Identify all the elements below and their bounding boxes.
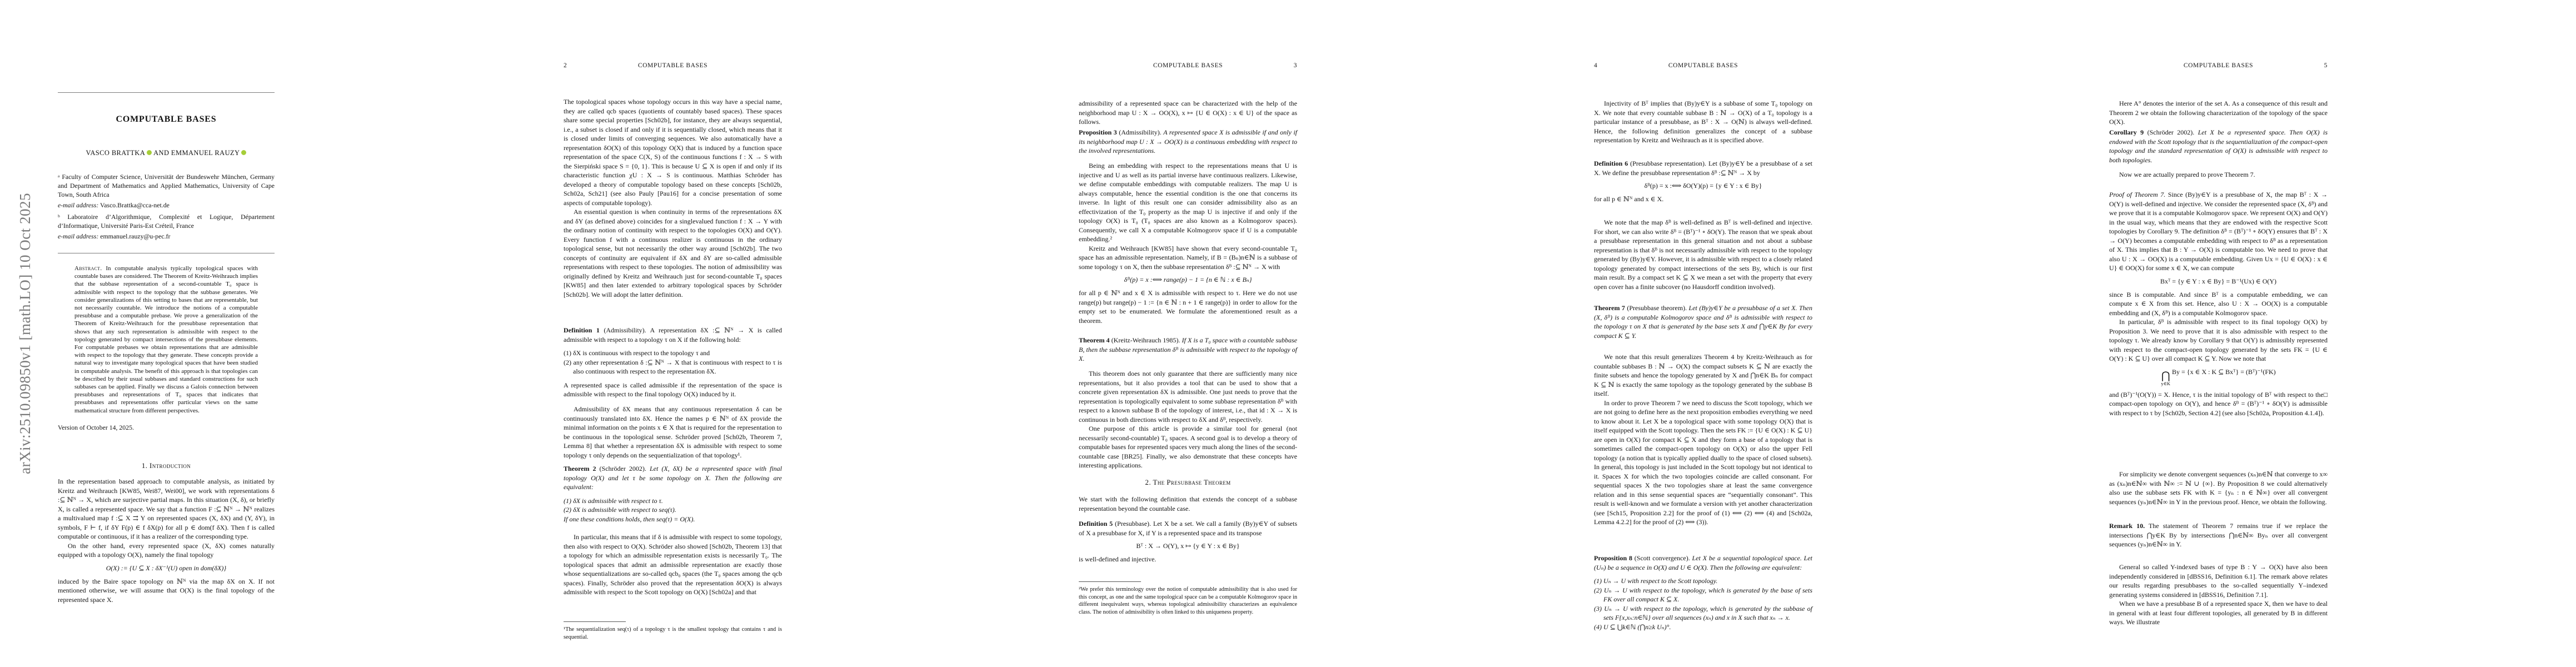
email-address: Vasco.Brattka@cca-net.de [100, 201, 170, 209]
abstract: Abstract. In computable analysis typical… [74, 265, 258, 415]
text-group: In particular, this means that if δ is a… [564, 532, 782, 597]
theorem-7-text: Theorem 7 (Presubbase theorem). Let (By)… [1594, 303, 1812, 340]
text-group: Injectivity of Bᵀ implies that (By)y∈Y i… [1594, 99, 1812, 145]
author-2: EMMANUEL RAUZY [171, 149, 240, 157]
page-3: COMPUTABLE BASES 3 admissibility of a re… [1030, 0, 1546, 667]
paragraph: Injectivity of Bᵀ implies that (By)y∈Y i… [1594, 99, 1812, 145]
proposition-3-text: Proposition 3 (Admissibility). A represe… [1079, 128, 1297, 156]
corollary-label: Corollary 9 [2109, 128, 2144, 136]
email-label: e-mail address: [58, 201, 98, 209]
theorem-label: Theorem 2 [564, 465, 596, 472]
page-number: 3 [1294, 62, 1297, 69]
text-group: We note that this result generalizes The… [1594, 352, 1812, 527]
paragraph-text: and (Bᵀ)⁻¹(O(Y)) = X. Hence, τ is the in… [2109, 391, 2328, 417]
proof-body: Since (By)y∈Y is a presubbase of X, the … [2109, 191, 2328, 272]
definition-5-text: Definition 5 (Presubbase). Let X be a se… [1079, 519, 1297, 537]
list-item: (2) any other representation δ :⊆ ℕᴺ → X… [564, 358, 782, 376]
paragraph: In the representation based approach to … [58, 477, 275, 541]
running-title: COMPUTABLE BASES [1079, 62, 1297, 69]
abstract-label: Abstract. [74, 265, 102, 272]
remark-10: Remark 10. The statement of Theorem 7 re… [2109, 521, 2328, 549]
footnote-2: ²We prefer this terminology over the not… [1079, 586, 1297, 616]
text-group: For simplicity we denote convergent sequ… [2109, 470, 2328, 506]
display-formula: ⋂y∈K By = {x ∈ X : K ⊆ Bxᵀ} = (Bᵀ)⁻¹(FK) [2109, 367, 2328, 386]
proposition-8-group: Proposition 8 (Scott convergence). Let X… [1594, 549, 1812, 631]
page-number: 4 [1594, 62, 1597, 69]
email-label: e-mail address: [58, 232, 98, 240]
theorem-2-group: Admissibility of δX means that any conti… [564, 405, 782, 524]
proof-of-theorem-7: Proof of Theorem 7. Since (By)y∈Y is a p… [2109, 190, 2328, 417]
footnote-1: ¹The sequentialization seq(τ) of a topol… [564, 626, 782, 641]
orcid-icon [147, 150, 152, 155]
theorem-name: (Presubbase theorem). [1625, 304, 1689, 312]
page-4: 4 COMPUTABLE BASES Injectivity of Bᵀ imp… [1546, 0, 2061, 667]
theorem-label: Theorem 4 [1079, 336, 1110, 344]
definition-name: (Presubbase representation). [1628, 160, 1708, 167]
remark-label: Remark 10. [2109, 522, 2145, 530]
arxiv-stamp: arXiv:2510.09850v1 [math.LO] 10 Oct 2025 [17, 193, 34, 474]
big-intersection-operator: ⋂y∈K [2161, 371, 2170, 386]
qed-box: □ [2324, 390, 2328, 400]
proposition-name: (Scott convergence). [1632, 554, 1692, 562]
display-formula: Bxᵀ = {y ∈ Y : x ∈ By} = B⁻¹(Ux) ∈ O(Y) [2109, 277, 2328, 286]
list-item: (4) U ⊆ ⋃k∈ℕ (⋂n≥k Uₙ)°. [1594, 623, 1812, 632]
paragraph: A represented space is called admissible… [564, 381, 782, 399]
footnote-rule [564, 621, 626, 622]
affiliation-2-email: e-mail address: emmanuel.rauzy@u-pec.fr [58, 232, 275, 241]
paragraph: An essential question is when continuity… [564, 207, 782, 299]
paragraph: One purpose of this article is provide a… [1079, 424, 1297, 470]
formula-rest: By = {x ∈ X : K ⊆ Bxᵀ} = (Bᵀ)⁻¹(FK) [2170, 368, 2276, 376]
page-5: COMPUTABLE BASES 5 Here A° denotes the i… [2061, 0, 2576, 667]
paragraph: The topological spaces whose topology oc… [564, 97, 782, 207]
page-1: arXiv:2510.09850v1 [math.LO] 10 Oct 2025… [0, 0, 515, 667]
page-2: 2 COMPUTABLE BASES The topological space… [515, 0, 1030, 667]
section-heading-2: 2. The Presubbase Theorem [1079, 478, 1297, 487]
author-1: VASCO BRATTKA [86, 149, 146, 157]
proposition-name: (Admissibility). [1117, 128, 1163, 136]
list-item: (1) δX is continuous with respect to the… [564, 349, 782, 358]
text-group: Here A° denotes the interior of the set … [2109, 99, 2328, 127]
paragraph: Kreitz and Weihrauch [KW85] have shown t… [1079, 244, 1297, 272]
paragraph: Here A° denotes the interior of the set … [2109, 99, 2328, 127]
introduction-group: In the representation based approach to … [58, 477, 275, 604]
list-item: (3) Uₙ → U with respect to the topology,… [1594, 604, 1812, 623]
theorem-tail: If one these conditions holds, then seq(… [564, 515, 782, 524]
remark-10-text: Remark 10. The statement of Theorem 7 re… [2109, 521, 2328, 549]
definition-5: Definition 5 (Presubbase). Let X be a se… [1079, 519, 1297, 564]
running-header: 4 COMPUTABLE BASES [1594, 62, 1812, 69]
list-item: (1) δX is admissible with respect to τ. [564, 496, 782, 506]
paragraph: For simplicity we denote convergent sequ… [2109, 470, 2328, 506]
operator-limits: y∈K [2161, 381, 2170, 386]
theorem-4-text: Theorem 4 (Kreitz-Weihrauch 1985). If X … [1079, 336, 1297, 364]
theorem-name: (Kreitz-Weihrauch 1985). [1110, 336, 1182, 344]
paragraph: admissibility of a represented space can… [1079, 99, 1297, 127]
proposition-8: Proposition 8 (Scott convergence). Let X… [1594, 554, 1812, 572]
text-group: Being an embedding with respect to the r… [1079, 161, 1297, 325]
proof-label: Proof of Theorem 7. [2109, 191, 2165, 198]
list-item: (2) Uₙ → U with respect to the topology,… [1594, 586, 1812, 604]
theorem-7: Theorem 7 (Presubbase theorem). Let (By)… [1594, 303, 1812, 340]
paragraph: We start with the following definition t… [1079, 495, 1297, 513]
page-number: 5 [2324, 62, 2328, 69]
definition-name: (Presubbase). [1113, 520, 1153, 527]
theorem-4: Theorem 4 (Kreitz-Weihrauch 1985). If X … [1079, 336, 1297, 364]
definition-name: (Admissibility). [600, 326, 650, 334]
paragraph: In order to prove Theorem 7 we need to d… [1594, 399, 1812, 527]
theorem-label: Theorem 7 [1594, 304, 1625, 312]
corollary-9-text: Corollary 9 (Schröder 2002). Let X be a … [2109, 128, 2328, 165]
abstract-text: In computable analysis typically topolog… [74, 265, 258, 414]
display-formula: Bᵀ : X → O(Y), x ↦ {y ∈ Y : x ∈ By} [1079, 541, 1297, 551]
page-number: 2 [564, 62, 567, 69]
proof-closing: □and (Bᵀ)⁻¹(O(Y)) = X. Hence, τ is the i… [2109, 390, 2328, 418]
running-title: COMPUTABLE BASES [1594, 62, 1812, 69]
proposition-label: Proposition 8 [1594, 554, 1632, 562]
title-rule-top [58, 92, 275, 93]
running-header: 2 COMPUTABLE BASES [564, 62, 782, 69]
paragraph: When we have a presubbase B of a represe… [2109, 599, 2328, 627]
proof-opening: Proof of Theorem 7. Since (By)y∈Y is a p… [2109, 190, 2328, 273]
text-group: The topological spaces whose topology oc… [564, 97, 782, 299]
text-group: We note that the map δᴮ is well-defined … [1594, 218, 1812, 291]
paragraph: induced by the Baire space topology on ℕ… [58, 577, 275, 605]
affiliation-2: ᵇ Laboratoire d’Algorithmique, Complexit… [58, 212, 275, 241]
paragraph: On the other hand, every represented spa… [58, 541, 275, 560]
paragraph: General so called Y-indexed bases of typ… [2109, 563, 2328, 599]
affiliation-1-email: e-mail address: Vasco.Brattka@cca-net.de [58, 201, 275, 210]
intersection-symbol: ⋂ [2161, 371, 2170, 381]
definition-1: Definition 1 (Admissibility). A represen… [564, 326, 782, 344]
footnote-rule [1079, 581, 1141, 582]
paragraph: Now we are actually prepared to prove Th… [2109, 170, 2328, 180]
definition-6-text: Definition 6 (Presubbase representation)… [1594, 159, 1812, 177]
paragraph: Admissibility of δX means that any conti… [564, 405, 782, 460]
text-group: This theorem does not only guarantee tha… [1079, 369, 1297, 470]
text-group: admissibility of a represented space can… [1079, 99, 1297, 127]
title-rule-bottom [58, 253, 275, 253]
text-group: We start with the following definition t… [1079, 495, 1297, 513]
document-canvas: { "sidebar": { "stamp": "arXiv:2510.0985… [0, 0, 2576, 667]
definition-1-group: Definition 1 (Admissibility). A represen… [564, 321, 782, 399]
affiliation-2-text: ᵇ Laboratoire d’Algorithmique, Complexit… [58, 212, 275, 230]
author-separator: AND [152, 149, 171, 157]
paragraph: since B is computable. And since Bᵀ is a… [2109, 290, 2328, 318]
definition-label: Definition 5 [1079, 520, 1113, 527]
author-line: VASCO BRATTKA AND EMMANUEL RAUZY [58, 149, 275, 157]
orcid-icon [241, 150, 246, 155]
definition-tail: is well-defined and injective. [1079, 555, 1297, 564]
list-item: (2) δX is admissible with respect to seq… [564, 505, 782, 515]
definition-label: Definition 6 [1594, 160, 1628, 167]
text-group: Now we are actually prepared to prove Th… [2109, 170, 2328, 180]
paragraph: This theorem does not only guarantee tha… [1079, 369, 1297, 424]
theorem-2: Theorem 2 (Schröder 2002). Let (X, δX) b… [564, 464, 782, 492]
section-heading-1: 1. Introduction [58, 461, 275, 470]
display-formula: O(X) := {U ⊆ X : δX⁻¹(U) open in dom(δX)… [58, 564, 275, 573]
definition-tail: for all p ∈ ℕᴺ and x ∈ X. [1594, 195, 1812, 204]
display-formula: δᴮ(p) = x :⟺ δO(Y)(p) = {y ∈ Y : x ∈ By} [1594, 181, 1812, 191]
version-note: Version of October 14, 2025. [58, 424, 275, 432]
proposition-3: Proposition 3 (Admissibility). A represe… [1079, 128, 1297, 156]
affiliation-1-text: ᵃ Faculty of Computer Science, Universit… [58, 172, 275, 199]
running-header: COMPUTABLE BASES 5 [2109, 62, 2328, 69]
email-address: emmanuel.rauzy@u-pec.fr [100, 232, 170, 240]
definition-6: Definition 6 (Presubbase representation)… [1594, 159, 1812, 204]
list-item: (1) Uₙ → U with respect to the Scott top… [1594, 576, 1812, 586]
running-title: COMPUTABLE BASES [564, 62, 782, 69]
affiliation-1: ᵃ Faculty of Computer Science, Universit… [58, 172, 275, 210]
paragraph: In particular, δᴮ is admissible with res… [2109, 317, 2328, 364]
paragraph: In particular, this means that if δ is a… [564, 532, 782, 597]
running-title: COMPUTABLE BASES [2109, 62, 2328, 69]
paragraph: We note that the map δᴮ is well-defined … [1594, 218, 1812, 291]
text-group: General so called Y-indexed bases of typ… [2109, 563, 2328, 627]
paper-title: COMPUTABLE BASES [58, 115, 275, 125]
corollary-9: Corollary 9 (Schröder 2002). Let X be a … [2109, 128, 2328, 165]
proposition-label: Proposition 3 [1079, 128, 1117, 136]
paragraph: for all p ∈ ℕᴺ and x ∈ X is admissible w… [1079, 288, 1297, 325]
paragraph: Being an embedding with respect to the r… [1079, 161, 1297, 244]
display-formula: δᴮ(p) = x :⟺ range(p) − 1 = {n ∈ ℕ : x ∈… [1079, 275, 1297, 285]
corollary-name: (Schröder 2002). [2144, 128, 2198, 136]
running-header: COMPUTABLE BASES 3 [1079, 62, 1297, 69]
theorem-name: (Schröder 2002). [596, 465, 650, 472]
definition-label: Definition 1 [564, 326, 600, 334]
paragraph: We note that this result generalizes The… [1594, 352, 1812, 399]
